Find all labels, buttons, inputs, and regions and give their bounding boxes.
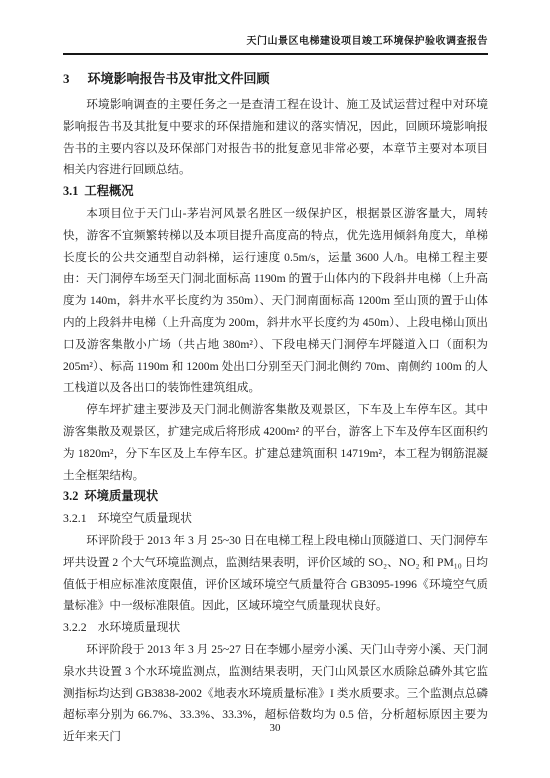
running-header-title: 天门山景区电梯建设项目竣工环境保护验收调查报告 [247, 36, 489, 47]
section-heading-3-title: 环境影响报告书及审批文件回顾 [88, 71, 270, 86]
section-heading-3-1-number: 3.1 [63, 184, 78, 198]
document-page: 天门山景区电梯建设项目竣工环境保护验收调查报告 3环境影响报告书及审批文件回顾 … [0, 0, 550, 778]
section-heading-3: 3环境影响报告书及审批文件回顾 [63, 70, 488, 87]
section-heading-3-2-1-title: 环境空气质量现状 [98, 511, 192, 525]
running-header: 天门山景区电梯建设项目竣工环境保护验收调查报告 [63, 36, 488, 55]
section-heading-3-number: 3 [63, 71, 70, 86]
section-heading-3-2-1: 3.2.1环境空气质量现状 [63, 508, 488, 530]
section-heading-3-2-number: 3.2 [63, 489, 78, 503]
section-heading-3-1-title: 工程概况 [84, 184, 133, 198]
section-heading-3-2: 3.2环境质量现状 [63, 486, 488, 508]
page-number: 30 [0, 721, 550, 735]
section-heading-3-2-1-number: 3.2.1 [63, 511, 87, 525]
paragraph-project-overview-2: 停车坪扩建主要涉及天门洞北侧游客集散及观景区，下车及上车停车区。其中游客集散及观… [63, 399, 488, 486]
paragraph-project-overview-1: 本项目位于天门山-茅岩河风景名胜区一级保护区，根据景区游客量大，周转快，游客不宜… [63, 203, 488, 399]
section-heading-3-2-title: 环境质量现状 [84, 489, 158, 503]
section-heading-3-2-2-title: 水环境质量现状 [98, 620, 181, 634]
section-heading-3-2-2: 3.2.2水环境质量现状 [63, 617, 488, 639]
paragraph-air-quality: 环评阶段于 2013 年 3 月 25~30 日在电梯工程上段电梯山顶隧道口、天… [63, 530, 488, 617]
section-heading-3-2-2-number: 3.2.2 [63, 620, 87, 634]
paragraph-intro: 环境影响调查的主要任务之一是查清工程在设计、施工及试运营过程中对环境影响报告书及… [63, 94, 488, 181]
section-heading-3-1: 3.1工程概况 [63, 181, 488, 203]
